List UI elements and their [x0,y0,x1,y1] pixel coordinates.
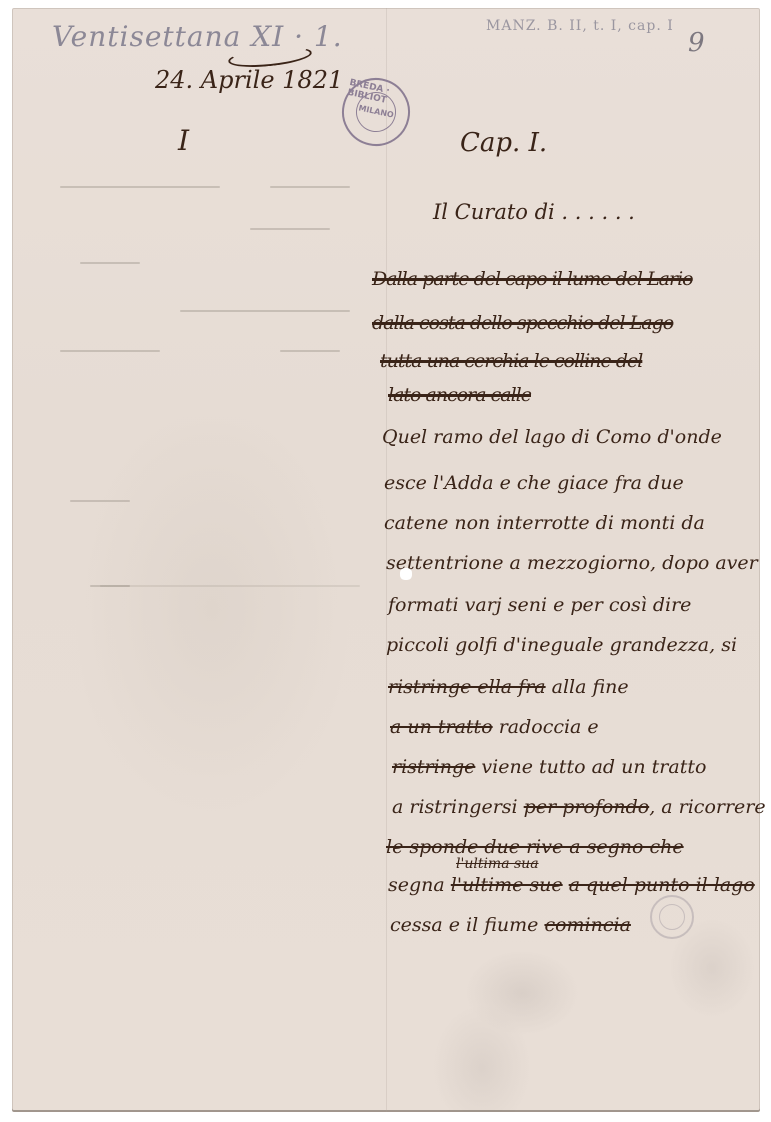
manuscript-line-cancelled: a un tratto radoccia e [390,716,599,738]
bleed-through-line [250,228,330,230]
manuscript-line: formati varj seni e per così dire [388,594,691,616]
opening-line: Il Curato di . . . . . . [433,200,635,224]
line-suffix: a quel punto il lago [569,874,755,896]
manuscript-line-cancelled: le sponde due rive a segno che [386,836,684,858]
manuscript-line: catene non interrotte di monti da [384,512,705,534]
archive-reference: MANZ. B. II, t. I, cap. I [486,18,674,34]
struck-text: l'ultime sue [451,874,563,896]
bleed-through-line [100,585,360,587]
line-text: segna [388,874,445,896]
bleed-through-line [270,186,350,188]
bleed-through-line [280,350,340,352]
line-suffix: alla fine [552,676,629,698]
paper-hole [400,568,412,580]
cancelled-line: tutta una cerchia le colline del [380,350,642,372]
manuscript-line: a ristringersi per profondo, a ricorrere [392,796,766,818]
cancelled-line: dalla costa dello specchio del Lago [372,312,673,334]
line-suffix: radoccia e [499,716,599,738]
line-suffix: viene tutto ad un tratto [481,756,706,778]
manuscript-line: settentrione a mezzogiorno, dopo aver [386,552,758,574]
line-text: a ristringersi [392,796,518,818]
chapter-heading: Cap. I. [460,128,547,158]
manuscript-line: piccoli golfi d'ineguale grandezza, si [386,634,737,656]
cancelled-line: lato ancora calle [388,384,531,406]
line-suffix: , a ricorrere [649,796,765,818]
manuscript-line: esce l'Adda e che giace fra due [384,472,684,494]
line-text: cessa e il fiume [390,914,538,936]
cancelled-line: Dalla parte del capo il lume del Lario [372,268,693,290]
struck-text: a un tratto [390,716,493,738]
manuscript-line: segna l'ultime sue a quel punto il lago [388,874,755,896]
struck-text: ristringe [392,756,475,778]
section-numeral: I [178,124,189,157]
faint-stamp-inner [659,904,685,930]
bleed-through-line [180,310,350,312]
manuscript-line-cancelled: ristringe ella fra alla fine [388,676,629,698]
manuscript-line: ristringe viene tutto ad un tratto [392,756,706,778]
manuscript-line: Quel ramo del lago di Como d'onde [382,426,722,448]
bleed-through-line [60,350,160,352]
struck-text: comincia [544,914,630,936]
struck-text: ristringe ella fra [388,676,546,698]
bleed-through-line [80,262,140,264]
interlinear-insertion: l'ultima sua [456,856,539,872]
folio-number: 9 [688,28,706,58]
faint-library-stamp [650,895,694,939]
manuscript-line: cessa e il fiume comincia [390,914,631,936]
struck-text: per profondo [524,796,650,818]
bleed-through-line [70,500,130,502]
manuscript-date: 24. Aprile 1821 [155,66,343,94]
bleed-through-line [60,186,220,188]
